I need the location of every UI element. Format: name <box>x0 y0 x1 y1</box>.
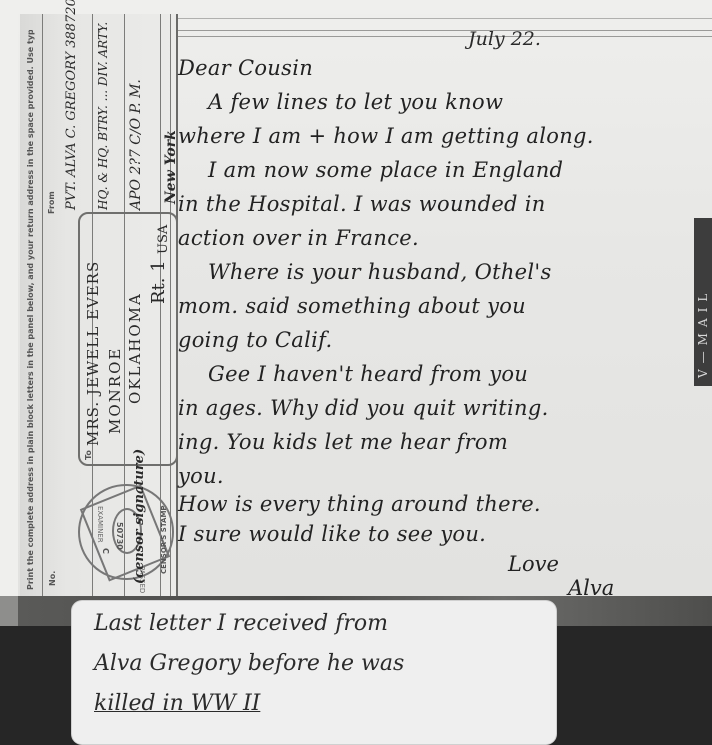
letter-line: going to Calif. <box>178 328 332 352</box>
to-label: To <box>84 450 93 460</box>
recipient-name: MRS. JEWELL EVERS <box>84 261 102 446</box>
panel-divider <box>42 14 43 596</box>
header-rule <box>178 18 712 19</box>
stamp-letter: C <box>101 548 110 554</box>
letter-line: where I am + how I am getting along. <box>178 124 594 148</box>
letter-closing: Love <box>508 552 559 576</box>
caption-line: killed in WW II <box>94 691 260 716</box>
recipient-city: MONROE <box>106 347 124 434</box>
photo-edge <box>0 596 18 626</box>
letter-line: you. <box>178 464 224 488</box>
recipient-country: USA <box>156 225 171 254</box>
letter-line: A few lines to let you know <box>208 90 503 114</box>
letter-line: I am now some place in England <box>208 158 563 182</box>
letter-line: action over in France. <box>178 226 419 250</box>
letter-line: How is every thing around there. <box>178 492 541 516</box>
sender-line: HQ. & HQ. BTRY. ... DIV. ARTY. <box>96 22 110 210</box>
number-label: No. <box>48 571 57 586</box>
censor-signature: (censor signature) <box>132 449 147 584</box>
letter-line: Gee I haven't heard from you <box>208 362 528 386</box>
censor-stamp-label: CENSOR'S STAMP <box>160 505 168 574</box>
salutation: Dear Cousin <box>178 56 313 80</box>
stamp-bottom-text: EXAMINER <box>96 506 104 543</box>
letter-line: mom. said something about you <box>178 294 526 318</box>
sender-line: PVT. ALVA C. GREGORY 3887202? <box>64 0 79 210</box>
address-instructions: Print the complete address in plain bloc… <box>26 30 35 590</box>
letter-line: Where is your husband, Othel's <box>208 260 552 284</box>
vmail-tab: V—MAIL <box>694 218 712 386</box>
recipient-route: Rt. 1 <box>148 260 169 304</box>
letter-line: ing. You kids let me hear from <box>178 430 508 454</box>
recipient-state: OKLAHOMA <box>126 292 144 404</box>
caption-line: Alva Gregory before he was <box>94 651 404 676</box>
caption-card: Last letter I received from Alva Gregory… <box>72 601 556 744</box>
caption-line: Last letter I received from <box>94 611 388 636</box>
recipient-address-box: To MRS. JEWELL EVERS MONROE OKLAHOMA Rt.… <box>78 212 178 466</box>
address-panel: Print the complete address in plain bloc… <box>20 14 178 596</box>
letter-line: I sure would like to see you. <box>178 522 486 546</box>
letter-line: in the Hospital. I was wounded in <box>178 192 546 216</box>
letter-line: in ages. Why did you quit writing. <box>178 396 549 420</box>
from-label: From <box>47 191 56 214</box>
stamp-number: 50730 <box>115 522 124 550</box>
sender-line: New York <box>163 130 179 204</box>
letter-date: July 22. <box>468 28 541 50</box>
vmail-label: V—MAIL <box>696 288 710 378</box>
letter-body: July 22. Dear Cousin A few lines to let … <box>178 28 688 588</box>
sender-line: APO 2?7 C/O P. M. <box>128 79 144 210</box>
